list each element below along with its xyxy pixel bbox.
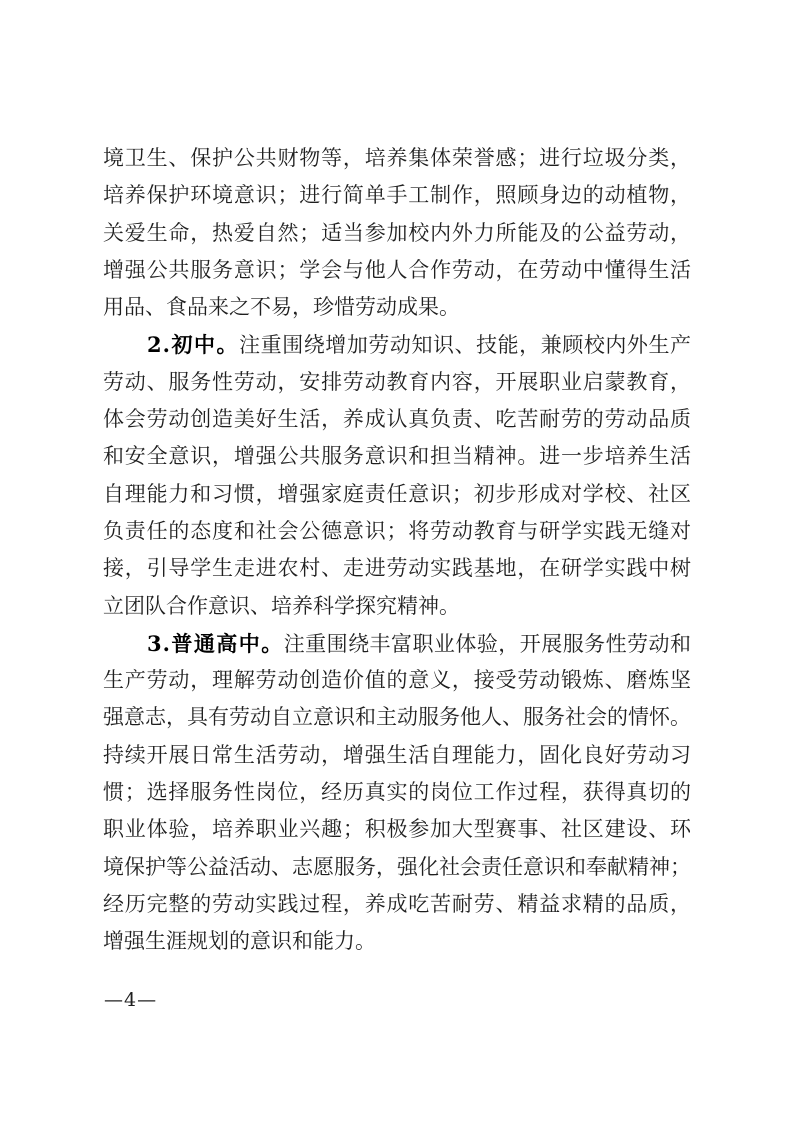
text-line: 增强公共服务意识；学会与他人合作劳动，在劳动中懂得生活 bbox=[103, 252, 691, 289]
text-line: 强意志，具有劳动自立意识和主动服务他人、服务社会的情怀。 bbox=[103, 699, 691, 736]
text-line: 体会劳动创造美好生活，养成认真负责、吃苦耐劳的劳动品质 bbox=[103, 401, 691, 438]
paragraph: 2.初中。注重围绕增加劳动知识、技能，兼顾校内外生产劳动、服务性劳动，安排劳动教… bbox=[103, 326, 691, 624]
text-line: 培养保护环境意识；进行简单手工制作，照顾身边的动植物， bbox=[103, 177, 691, 214]
paragraph: 3.普通高中。注重围绕丰富职业体验，开展服务性劳动和生产劳动，理解劳动创造价值的… bbox=[103, 625, 691, 961]
text-line: 经历完整的劳动实践过程，养成吃苦耐劳、精益求精的品质， bbox=[103, 886, 691, 923]
text-line: 2.初中。注重围绕增加劳动知识、技能，兼顾校内外生产 bbox=[103, 326, 691, 363]
text-line: 自理能力和习惯，增强家庭责任意识；初步形成对学校、社区 bbox=[103, 476, 691, 513]
text-line: 职业体验，培养职业兴趣；积极参加大型赛事、社区建设、环 bbox=[103, 811, 691, 848]
text-line: 增强生涯规划的意识和能力。 bbox=[103, 923, 691, 960]
text-line: 劳动、服务性劳动，安排劳动教育内容，开展职业启蒙教育， bbox=[103, 364, 691, 401]
text-line: 和安全意识，增强公共服务意识和担当精神。进一步培养生活 bbox=[103, 438, 691, 475]
text-line: 立团队合作意识、培养科学探究精神。 bbox=[103, 588, 691, 625]
paragraph: 境卫生、保护公共财物等，培养集体荣誉感；进行垃圾分类，培养保护环境意识；进行简单… bbox=[103, 140, 691, 326]
text-line: 用品、食品来之不易，珍惜劳动成果。 bbox=[103, 289, 691, 326]
text-line: 持续开展日常生活劳动，增强生活自理能力，固化良好劳动习 bbox=[103, 737, 691, 774]
document-page: 境卫生、保护公共财物等，培养集体荣誉感；进行垃圾分类，培养保护环境意识；进行简单… bbox=[0, 0, 793, 1122]
text-line: 负责任的态度和社会公德意识；将劳动教育与研学实践无缝对 bbox=[103, 513, 691, 550]
paragraph-lead: 3.普通高中。 bbox=[147, 631, 284, 656]
text-line: 惯；选择服务性岗位，经历真实的岗位工作过程，获得真切的 bbox=[103, 774, 691, 811]
text-line: 3.普通高中。注重围绕丰富职业体验，开展服务性劳动和 bbox=[103, 625, 691, 662]
text-line: 境保护等公益活动、志愿服务，强化社会责任意识和奉献精神； bbox=[103, 849, 691, 886]
page-number: —4— bbox=[104, 988, 157, 1012]
text-line: 生产劳动，理解劳动创造价值的意义，接受劳动锻炼、磨炼坚 bbox=[103, 662, 691, 699]
text-line: 境卫生、保护公共财物等，培养集体荣誉感；进行垃圾分类， bbox=[103, 140, 691, 177]
paragraph-lead: 2.初中。 bbox=[147, 332, 239, 357]
text-line: 接，引导学生走进农村、走进劳动实践基地，在研学实践中树 bbox=[103, 550, 691, 587]
text-line: 关爱生命，热爱自然；适当参加校内外力所能及的公益劳动， bbox=[103, 215, 691, 252]
text-block: 境卫生、保护公共财物等，培养集体荣誉感；进行垃圾分类，培养保护环境意识；进行简单… bbox=[103, 140, 691, 961]
